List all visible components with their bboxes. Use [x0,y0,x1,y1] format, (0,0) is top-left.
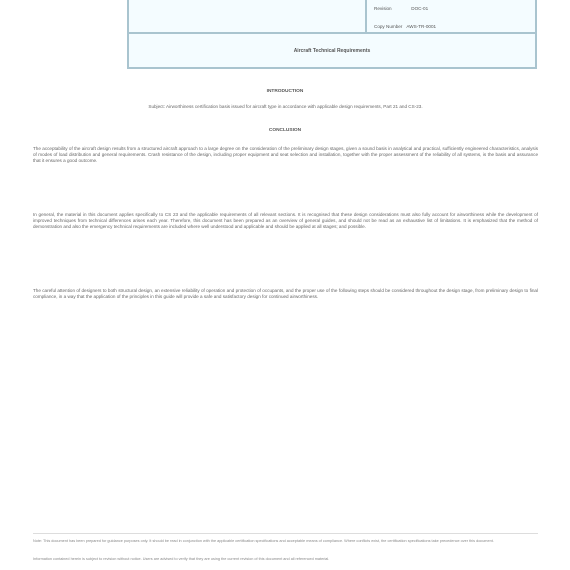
document-title: Aircraft Technical Requirements [129,34,535,67]
paragraph-2: In general, the material in this documen… [33,212,538,231]
paragraph-3: The careful attention of designers to bo… [33,288,538,300]
section-heading-conclusion: CONCLUSION [0,128,570,133]
footnote-2: Information contained herein is subject … [33,557,538,562]
paragraph-1: The acceptability of the aircraft design… [33,146,538,165]
document-header-table: Revision DOC-01 Copy Number AWS-TR-0001 … [127,0,537,69]
header-info-cell: Revision DOC-01 Copy Number AWS-TR-0001 [367,0,535,34]
header-field-copy-number: Copy Number AWS-TR-0001 [374,24,436,29]
introduction-text: Subject: Airworthiness certification bas… [33,104,538,109]
header-logo-cell [129,0,367,34]
footnote-1: Note: This document has been prepared fo… [33,539,538,544]
section-heading-introduction: INTRODUCTION [0,89,570,94]
header-field-revision: Revision DOC-01 [374,6,428,11]
footer-divider [33,533,538,534]
